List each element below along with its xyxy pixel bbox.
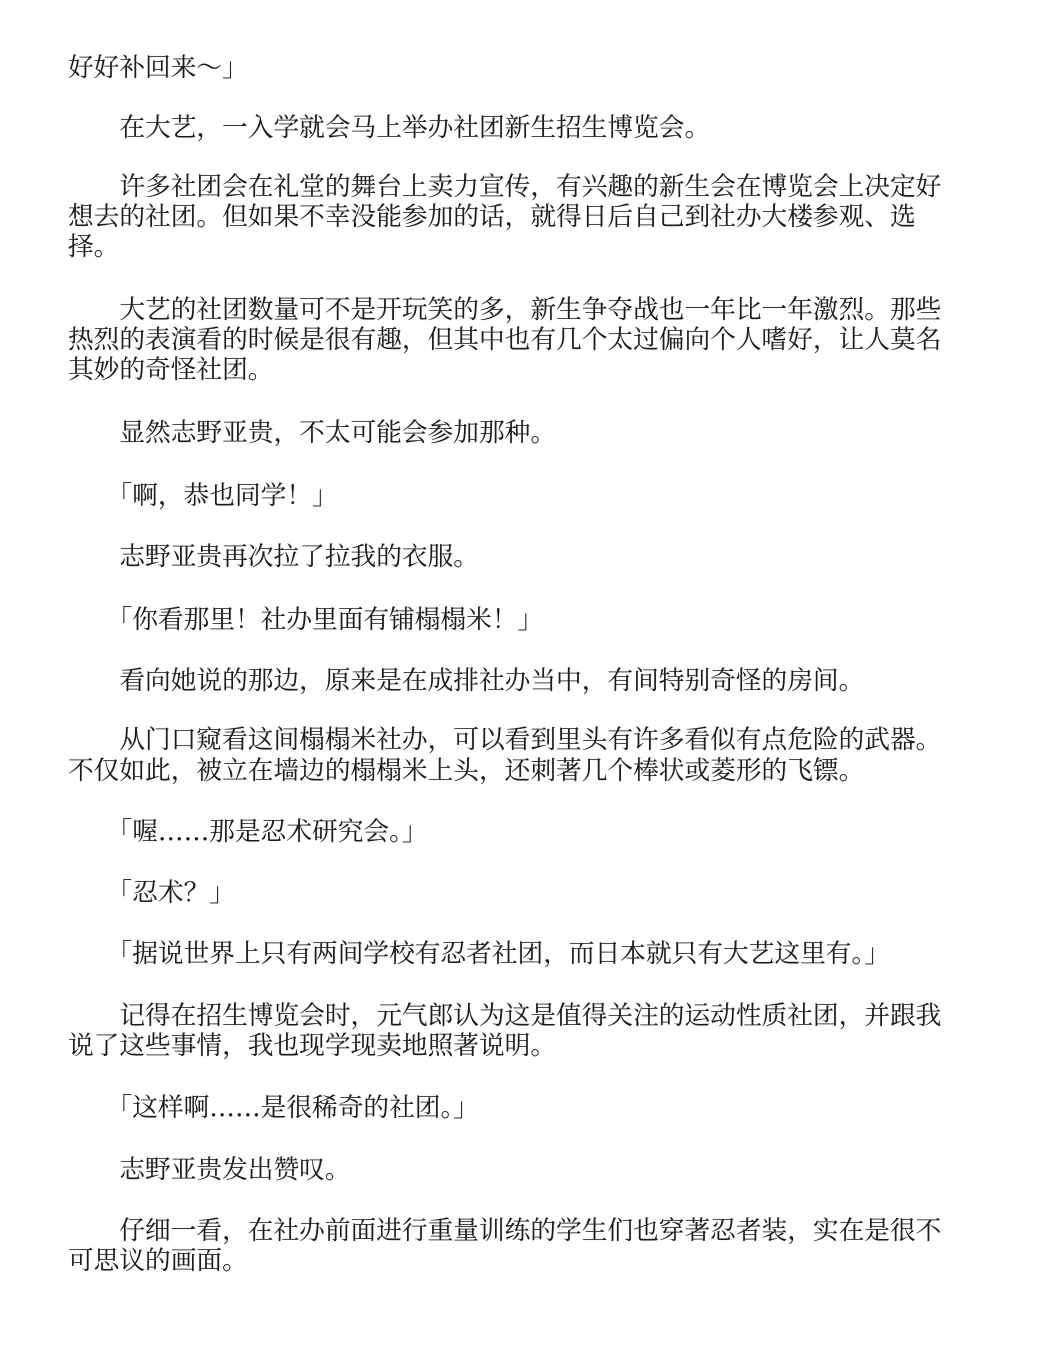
text-line: 想去的社团。但如果不幸没能参加的话，就得日后自己到社办大楼参观、选 xyxy=(68,202,988,232)
text-line: 「忍术？」 xyxy=(68,878,988,908)
text-line: 不仅如此，被立在墙边的榻榻米上头，还刺著几个棒状或菱形的飞镖。 xyxy=(68,756,988,786)
text-line: 「你看那里！社办里面有铺榻榻米！」 xyxy=(68,605,988,635)
text-line: 看向她说的那边，原来是在成排社办当中，有间特别奇怪的房间。 xyxy=(68,666,988,696)
text-line: 仔细一看，在社办前面进行重量训练的学生们也穿著忍者装，实在是很不 xyxy=(68,1216,988,1246)
text-line: 显然志野亚贵，不太可能会参加那种。 xyxy=(68,418,988,448)
text-line: 择。 xyxy=(68,232,988,262)
text-line: 热烈的表演看的时候是很有趣，但其中也有几个太过偏向个人嗜好，让人莫名 xyxy=(68,325,988,355)
text-line: 说了这些事情，我也现学现卖地照著说明。 xyxy=(68,1031,988,1061)
document-page: 好好补回来～」 在大艺，一入学就会马上举办社团新生招生博览会。 许多社团会在礼堂… xyxy=(0,0,1046,1354)
text-line: 许多社团会在礼堂的舞台上卖力宣传，有兴趣的新生会在博览会上决定好 xyxy=(68,172,988,202)
text-line: 记得在招生博览会时，元气郎认为这是值得关注的运动性质社团，并跟我 xyxy=(68,1001,988,1031)
text-line: 大艺的社团数量可不是开玩笑的多，新生争夺战也一年比一年激烈。那些 xyxy=(68,295,988,325)
text-line: 从门口窥看这间榻榻米社办，可以看到里头有许多看似有点危险的武器。 xyxy=(68,725,988,755)
text-line: 志野亚贵再次拉了拉我的衣服。 xyxy=(68,542,988,572)
text-line: 在大艺，一入学就会马上举办社团新生招生博览会。 xyxy=(68,113,988,143)
text-line: 可思议的画面。 xyxy=(68,1246,988,1276)
text-line: 其妙的奇怪社团。 xyxy=(68,355,988,385)
text-line: 「据说世界上只有两间学校有忍者社团，而日本就只有大艺这里有。」 xyxy=(68,939,988,969)
text-line: 「这样啊……是很稀奇的社团。」 xyxy=(68,1093,988,1123)
text-line: 志野亚贵发出赞叹。 xyxy=(68,1155,988,1185)
text-line: 好好补回来～」 xyxy=(68,53,988,83)
text-line: 「啊，恭也同学！」 xyxy=(68,481,988,511)
text-line: 「喔……那是忍术研究会。」 xyxy=(68,817,988,847)
